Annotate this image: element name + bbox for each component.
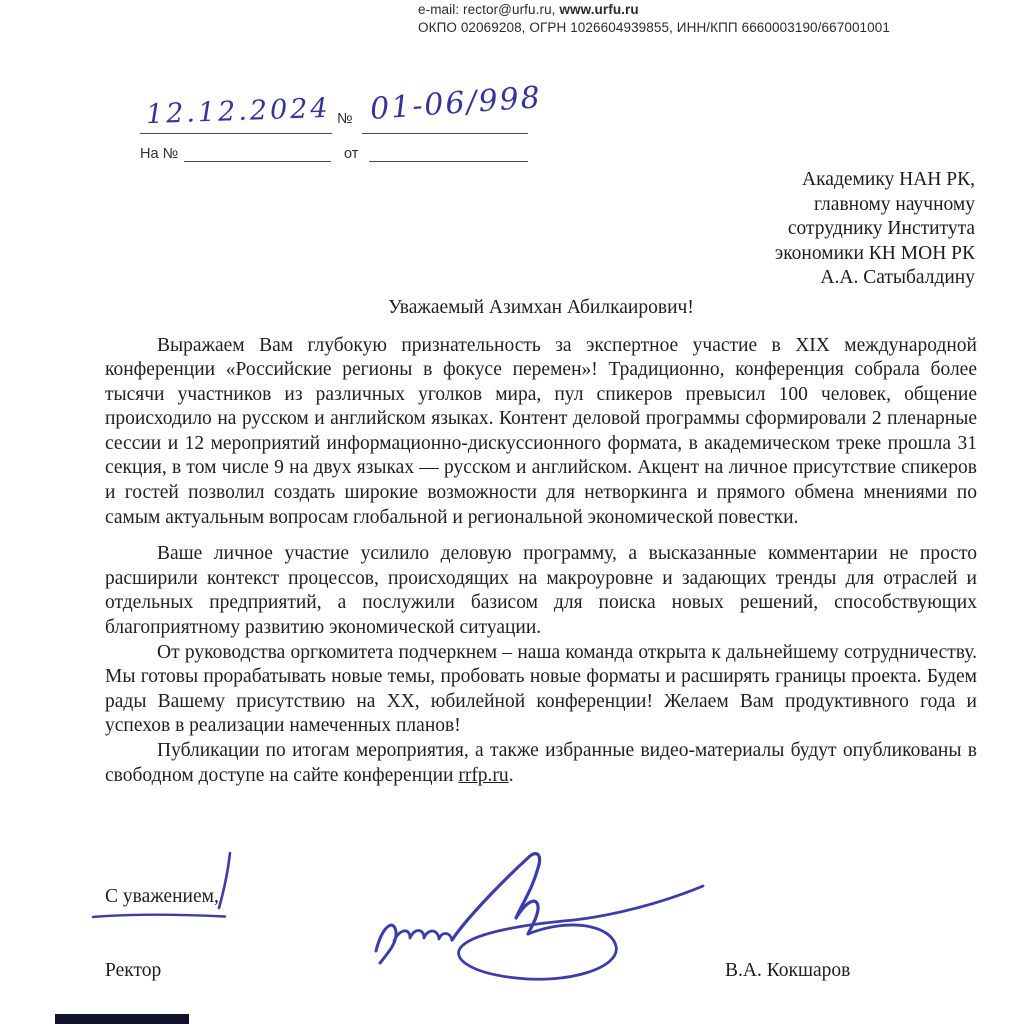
signer-title: Ректор: [105, 960, 161, 982]
signer-name: В.А. Кокшаров: [725, 960, 850, 982]
letterhead-email: e-mail: rector@urfu.ru,: [418, 2, 559, 17]
letterhead-email-line: e-mail: rector@urfu.ru, www.urfu.ru: [418, 1, 890, 19]
letter-page: e-mail: rector@urfu.ru, www.urfu.ru ОКПО…: [0, 0, 1024, 1024]
body-paragraph-1: Выражаем Вам глубокую признательность за…: [105, 334, 977, 531]
from-label: от: [344, 146, 358, 162]
handwritten-number: 01-06/998: [369, 80, 543, 127]
recipient-line: главному научному: [775, 193, 975, 218]
letterhead-footer-bar-fragment: [55, 1014, 189, 1024]
number-underline: [362, 133, 528, 134]
number-label: №: [337, 111, 353, 127]
body-paragraph-3: От руководства оргкомитета подчеркнем – …: [105, 641, 977, 739]
reply-number-blank-line: [184, 161, 331, 162]
letterhead-contacts: e-mail: rector@urfu.ru, www.urfu.ru ОКПО…: [418, 1, 890, 37]
from-blank-line: [369, 161, 528, 162]
body-paragraph-4-period: .: [509, 765, 514, 786]
recipient-block: Академику НАН РК, главному научному сотр…: [775, 168, 975, 291]
body-paragraph-2: Ваше личное участие усилило деловую прог…: [105, 542, 977, 640]
recipient-line: Академику НАН РК,: [775, 168, 975, 193]
salutation: Уважаемый Азимхан Абилкаирович!: [105, 296, 977, 321]
recipient-line: сотруднику Института: [775, 217, 975, 242]
reply-to-label: На №: [140, 146, 178, 162]
body-paragraph-4: Публикации по итогам мероприятия, а такж…: [105, 739, 977, 788]
signature-scribble: [358, 846, 708, 996]
pen-stroke-marks: [85, 845, 245, 930]
letterhead-registry-line: ОКПО 02069208, ОГРН 1026604939855, ИНН/К…: [418, 19, 890, 37]
letter-body: Уважаемый Азимхан Абилкаирович! Выражаем…: [105, 296, 977, 788]
recipient-line: А.А. Сатыбалдину: [775, 266, 975, 291]
date-underline: [140, 133, 332, 134]
body-paragraph-4-text: Публикации по итогам мероприятия, а такж…: [105, 740, 977, 786]
handwritten-date: 12.12.2024: [146, 93, 332, 130]
letterhead-website: www.urfu.ru: [559, 2, 638, 17]
recipient-line: экономики КН МОН РК: [775, 242, 975, 267]
conference-site-link[interactable]: rrfp.ru: [458, 765, 508, 786]
